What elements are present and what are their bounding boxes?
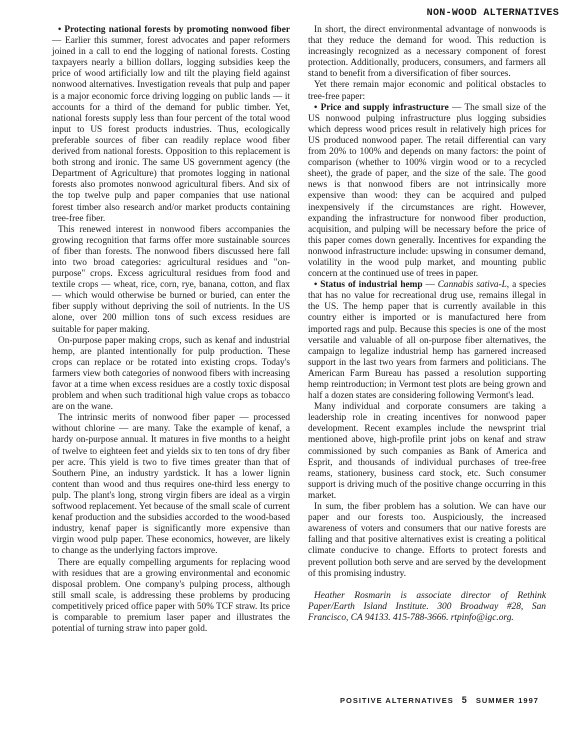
paragraph-body: — The small size of the US nonwood pulpi… [308,103,546,279]
running-header: NON-WOOD ALTERNATIVES [427,8,559,19]
paragraph-renewed-interest: This renewed interest in nonwood fibers … [52,225,290,336]
paragraph-intrinsic-merits: The intrinsic merits of nonwood fiber pa… [52,413,290,557]
paragraph-on-purpose-crops: On-purpose paper making crops, such as k… [52,336,290,414]
paragraph-national-forests: • Protecting national forests by promoti… [52,25,290,225]
paragraph-body: — Earlier this summer, forest advocates … [52,36,290,224]
author-byline: Heather Rosmarin is associate director o… [308,591,546,625]
page-number: 5 [462,695,468,705]
page-footer: POSITIVE ALTERNATIVES5SUMMER 1997 [340,695,539,705]
paragraph-in-short: In short, the direct environmental advan… [308,25,546,80]
paragraph-price-supply: • Price and supply infrastructure — The … [308,103,546,281]
issue-date: SUMMER 1997 [476,696,539,705]
paragraph-consumers: Many individual and corporate consumers … [308,402,546,502]
paragraph-body: a species that has no value for recreati… [308,280,546,401]
right-column: In short, the direct environmental advan… [308,25,546,624]
publication-name: POSITIVE ALTERNATIVES [340,696,454,705]
dash: — [423,280,438,290]
paragraph-residues: There are equally compelling arguments f… [52,558,290,636]
paragraph-obstacles: Yet there remain major economic and poli… [308,80,546,102]
paragraph-in-sum: In sum, the fiber problem has a solution… [308,502,546,580]
section-lead: • Protecting national forests by promoti… [58,25,290,35]
section-lead: • Status of industrial hemp [314,280,423,290]
species-name: Cannabis sativa-L, [438,280,509,290]
section-lead: • Price and supply infrastructure [314,103,449,113]
paragraph-hemp-status: • Status of industrial hemp — Cannabis s… [308,280,546,402]
left-column: • Protecting national forests by promoti… [52,25,290,635]
